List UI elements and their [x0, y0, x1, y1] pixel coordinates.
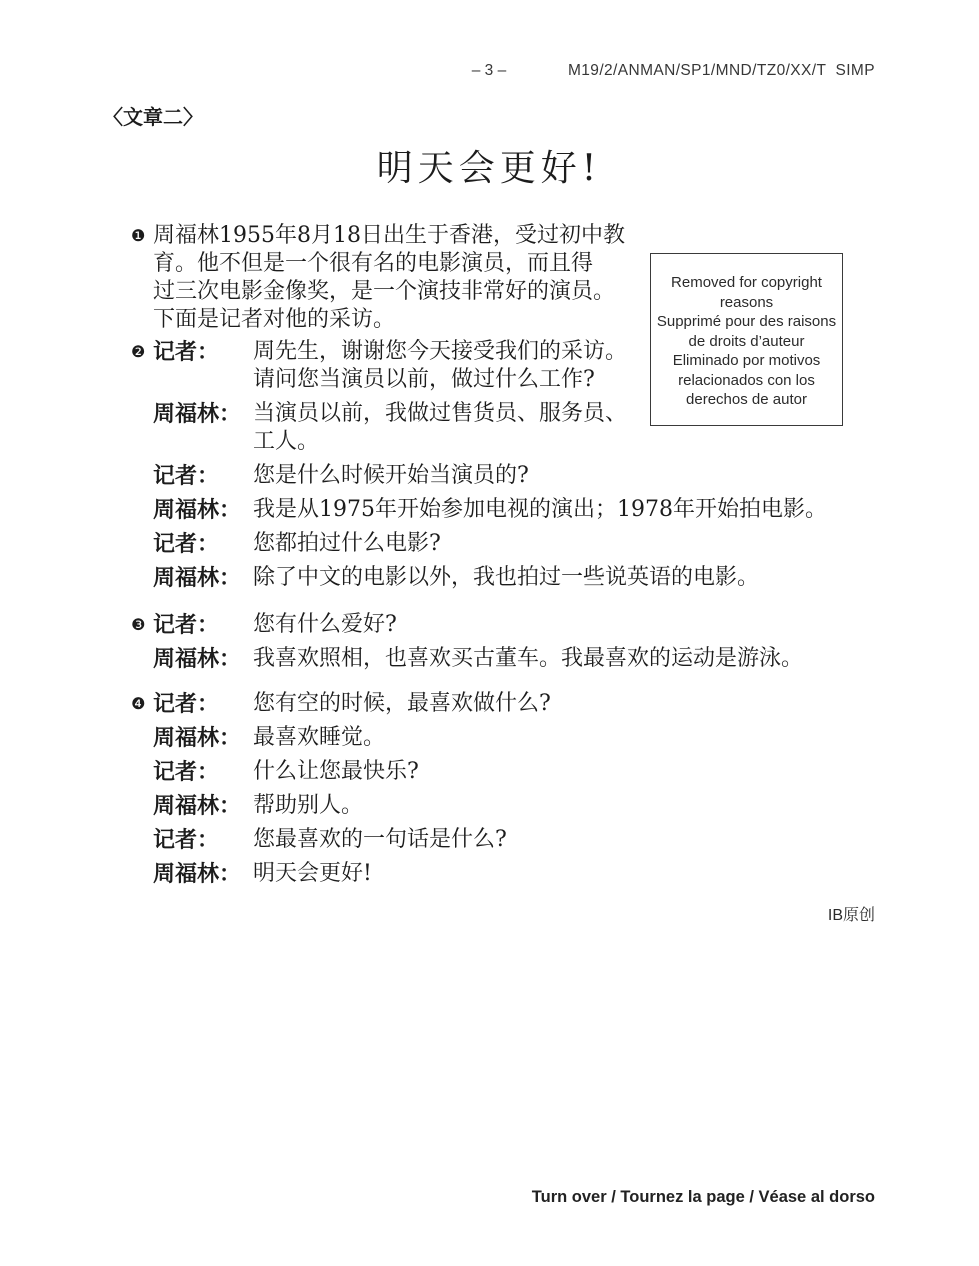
- speaker-label: 记者：: [153, 758, 253, 786]
- section-2-number-badge: ❷: [103, 338, 153, 366]
- speaker-label: 周福林：: [153, 724, 253, 752]
- dialogue-turn: 记者： 您有什么爱好?: [153, 611, 875, 639]
- speech-text: 明天会更好!: [253, 860, 875, 888]
- speech-text: 我喜欢照相，也喜欢买古董车。我最喜欢的运动是游泳。: [253, 645, 875, 673]
- section-3: ❸ 记者： 您有什么爱好? 周福林： 我喜欢照相，也喜欢买古董车。我最喜欢的运动…: [103, 611, 875, 673]
- speech-text: 帮助别人。: [253, 792, 875, 820]
- speaker-label: 周福林：: [153, 860, 253, 888]
- speaker-label: 周福林：: [153, 792, 253, 820]
- speech-text: 除了中文的电影以外，我也拍过一些说英语的电影。: [253, 564, 875, 592]
- page-number: – 3 –: [472, 62, 506, 80]
- section-1-number-badge: ❶: [103, 222, 153, 250]
- speaker-label: 记者：: [153, 826, 253, 854]
- speaker-label: 记者：: [153, 462, 253, 490]
- speech-text: 您有什么爱好?: [253, 611, 875, 639]
- speaker-label: 记者：: [153, 338, 253, 394]
- dialogue-block: 记者： 您有什么爱好? 周福林： 我喜欢照相，也喜欢买古董车。我最喜欢的运动是游…: [153, 611, 875, 673]
- article-title: 明天会更好!: [103, 146, 875, 192]
- speaker-label: 记者：: [153, 530, 253, 558]
- speaker-label: 周福林：: [153, 564, 253, 592]
- speaker-label: 周福林：: [153, 645, 253, 673]
- copyright-text-english: Removed for copyright reasons: [652, 273, 841, 312]
- speech-text: 您是什么时候开始当演员的?: [253, 462, 875, 490]
- dialogue-block: 记者： 您有空的时候，最喜欢做什么? 周福林： 最喜欢睡觉。 记者： 什么让您最…: [153, 690, 875, 888]
- speech-text: 您有空的时候，最喜欢做什么?: [253, 690, 875, 718]
- dialogue-turn: 记者： 您都拍过什么电影?: [153, 530, 875, 558]
- dialogue-turn: 周福林： 最喜欢睡觉。: [153, 724, 875, 752]
- speaker-label: 记者：: [153, 690, 253, 718]
- dialogue-turn: 周福林： 我是从1975年开始参加电视的演出；1978年开始拍电影。: [153, 496, 875, 524]
- dialogue-turn: 周福林： 明天会更好!: [153, 860, 875, 888]
- speaker-label: 周福林：: [153, 496, 253, 524]
- dialogue-turn: 记者： 您是什么时候开始当演员的?: [153, 462, 875, 490]
- page-header: – 3 – M19/2/ANMAN/SP1/MND/TZ0/XX/T SIMP: [103, 0, 875, 80]
- speaker-label: 周福林：: [153, 400, 253, 456]
- section-3-number-badge: ❸: [103, 611, 153, 639]
- dialogue-turn: 周福林： 除了中文的电影以外，我也拍过一些说英语的电影。: [153, 564, 875, 592]
- speech-text: 最喜欢睡觉。: [253, 724, 875, 752]
- dialogue-turn: 周福林： 我喜欢照相，也喜欢买古董车。我最喜欢的运动是游泳。: [153, 645, 875, 673]
- turn-over-notice: Turn over / Tournez la page / Véase al d…: [532, 1188, 875, 1207]
- intro-paragraph: 周福林1955年8月18日出生于香港，受过初中教 育。他不但是一个很有名的电影演…: [153, 222, 629, 334]
- dialogue-turn: 记者： 您最喜欢的一句话是什么?: [153, 826, 875, 854]
- speech-text: 您都拍过什么电影?: [253, 530, 875, 558]
- copyright-text-french: Supprimé pour des raisons de droits d’au…: [652, 312, 841, 351]
- dialogue-turn: 周福林： 帮助别人。: [153, 792, 875, 820]
- article-label: 〈文章二〉: [103, 106, 875, 129]
- section-4: ❹ 记者： 您有空的时候，最喜欢做什么? 周福林： 最喜欢睡觉。 记者： 什么让…: [103, 690, 875, 888]
- dialogue-turn: 记者： 什么让您最快乐?: [153, 758, 875, 786]
- speech-text: 您最喜欢的一句话是什么?: [253, 826, 875, 854]
- speech-text: 什么让您最快乐?: [253, 758, 875, 786]
- speaker-label: 记者：: [153, 611, 253, 639]
- speech-text: 我是从1975年开始参加电视的演出；1978年开始拍电影。: [253, 496, 875, 524]
- copyright-notice-box: Removed for copyright reasons Supprimé p…: [650, 253, 843, 426]
- copyright-text-spanish: Eliminado por motivos relacionados con l…: [652, 351, 841, 410]
- section-4-number-badge: ❹: [103, 690, 153, 718]
- exam-code: M19/2/ANMAN/SP1/MND/TZ0/XX/T SIMP: [568, 62, 875, 80]
- source-attribution: IB原创: [103, 902, 875, 925]
- dialogue-turn: 记者： 您有空的时候，最喜欢做什么?: [153, 690, 875, 718]
- exam-document-page: – 3 – M19/2/ANMAN/SP1/MND/TZ0/XX/T SIMP …: [0, 0, 979, 1266]
